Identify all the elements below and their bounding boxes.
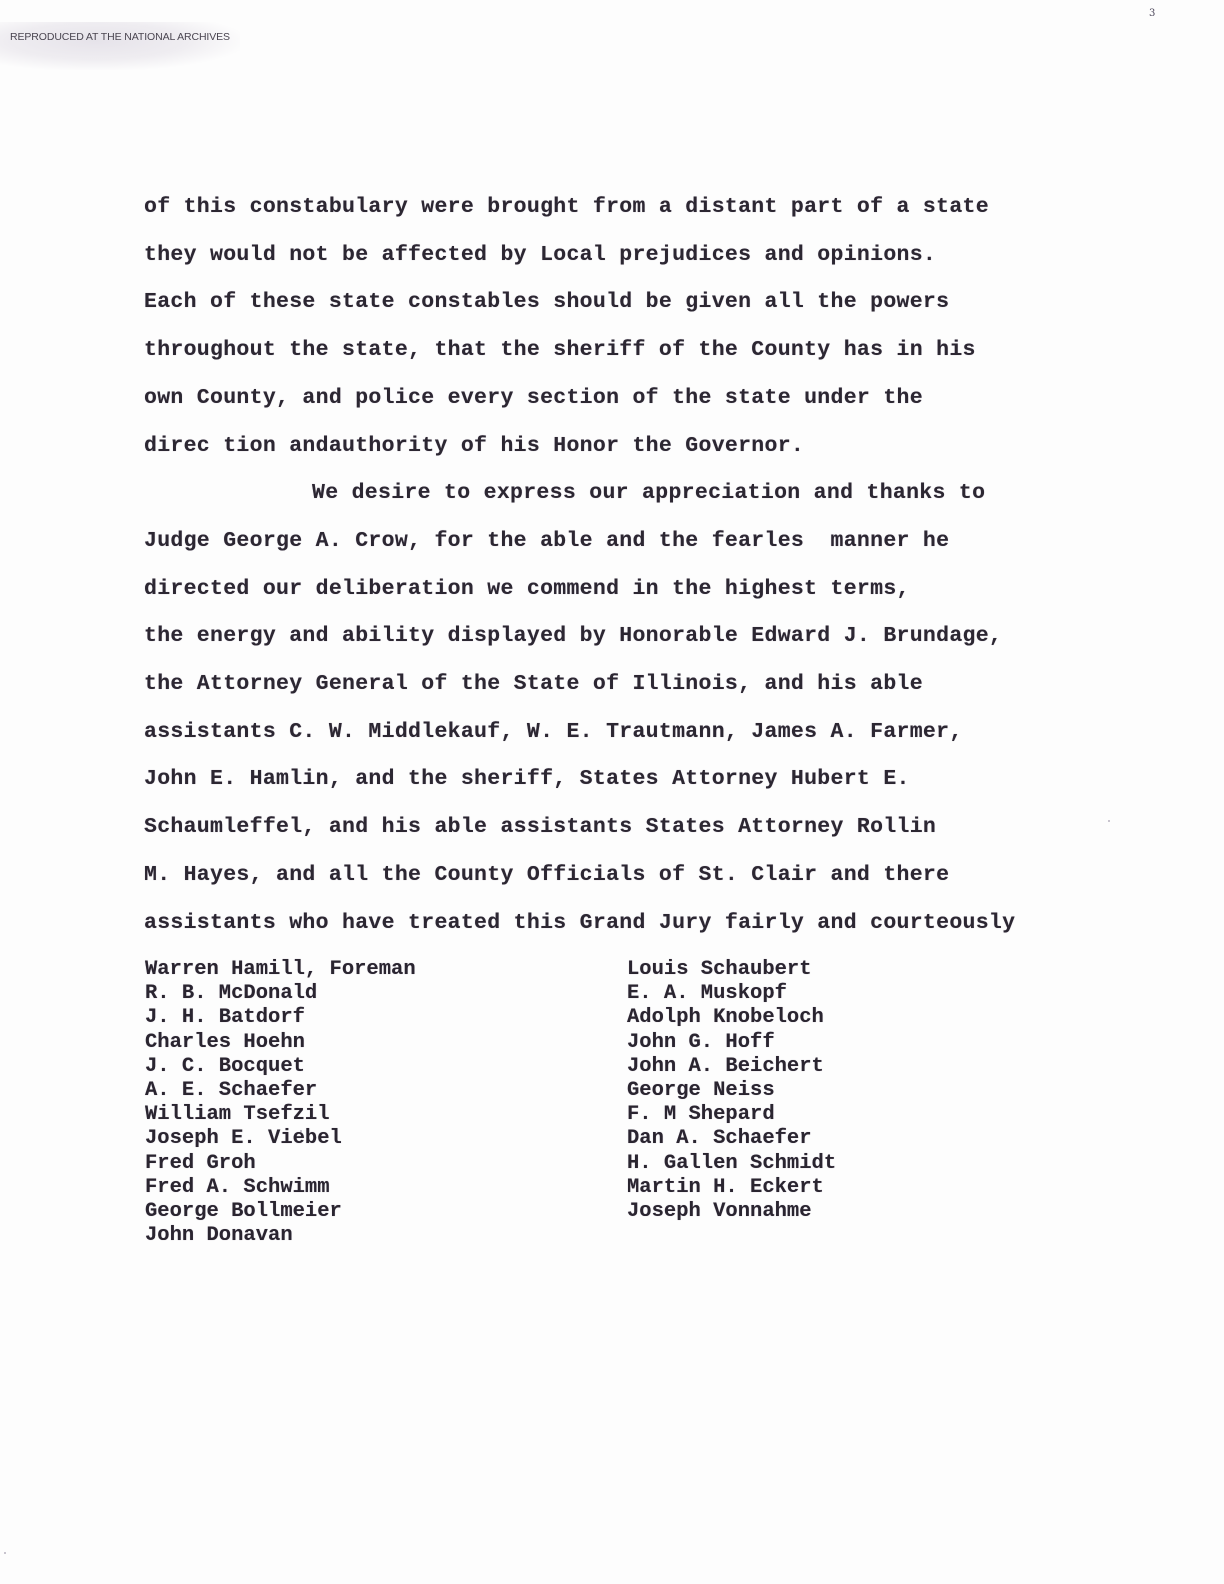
body-line: assistants who have treated this Grand J… [144, 900, 1104, 948]
juror-signature: E. A. Muskopf [627, 982, 836, 1006]
juror-signature: Charles Hoehn [145, 1031, 416, 1055]
juror-signature: F. M Shepard [627, 1103, 836, 1127]
scan-speck [1108, 820, 1110, 822]
body-line: John E. Hamlin, and the sheriff, States … [144, 756, 1104, 804]
juror-signature: Dan A. Schaefer [627, 1127, 836, 1151]
juror-signature: Joseph E. Viebel [145, 1127, 416, 1151]
juror-signature: Louis Schaubert [627, 958, 836, 982]
archive-stamp-label: REPRODUCED AT THE NATIONAL ARCHIVES [10, 31, 230, 43]
body-line: the energy and ability displayed by Hono… [144, 613, 1104, 661]
body-line: Schaumleffel, and his able assistants St… [144, 804, 1104, 852]
juror-signature-foreman: Warren Hamill, Foreman [145, 958, 416, 982]
juror-signature: R. B. McDonald [145, 982, 416, 1006]
juror-signature: John A. Beichert [627, 1055, 836, 1079]
juror-signature: John Donavan [145, 1224, 416, 1248]
signature-column-right: Louis Schaubert E. A. Muskopf Adolph Kno… [627, 958, 836, 1224]
juror-signature: George Bollmeier [145, 1200, 416, 1224]
body-line: direc tion andauthority of his Honor the… [144, 423, 1104, 471]
juror-signature: H. Gallen Schmidt [627, 1152, 836, 1176]
juror-signature: A. E. Schaefer [145, 1079, 416, 1103]
juror-signature: Fred Groh [145, 1152, 416, 1176]
page-mark: 3 [1149, 8, 1155, 19]
body-line: Each of these state constables should be… [144, 279, 1104, 327]
body-line: Judge George A. Crow, for the able and t… [144, 518, 1104, 566]
archive-stamp-smudge [0, 22, 240, 70]
signature-column-left: Warren Hamill, Foreman R. B. McDonald J.… [145, 958, 416, 1248]
body-line: of this constabulary were brought from a… [144, 184, 1104, 232]
body-line: throughout the state, that the sheriff o… [144, 327, 1104, 375]
juror-signature: Joseph Vonnahme [627, 1200, 836, 1224]
body-line: own County, and police every section of … [144, 375, 1104, 423]
scan-speck [300, 1130, 302, 1132]
juror-signature: John G. Hoff [627, 1031, 836, 1055]
document-body: of this constabulary were brought from a… [144, 184, 1104, 947]
body-line: assistants C. W. Middlekauf, W. E. Traut… [144, 709, 1104, 757]
juror-signature: J. C. Bocquet [145, 1055, 416, 1079]
scan-speck [4, 1552, 6, 1554]
juror-signature: William Tsefzil [145, 1103, 416, 1127]
body-line: directed our deliberation we commend in … [144, 566, 1104, 614]
juror-signature: George Neiss [627, 1079, 836, 1103]
paragraph-start-line: We desire to express our appreciation an… [144, 470, 1104, 518]
body-line: the Attorney General of the State of Ill… [144, 661, 1104, 709]
juror-signature: J. H. Batdorf [145, 1006, 416, 1030]
juror-signature: Adolph Knobeloch [627, 1006, 836, 1030]
juror-signature: Martin H. Eckert [627, 1176, 836, 1200]
juror-signature: Fred A. Schwimm [145, 1176, 416, 1200]
body-line: M. Hayes, and all the County Officials o… [144, 852, 1104, 900]
body-line: they would not be affected by Local prej… [144, 232, 1104, 280]
